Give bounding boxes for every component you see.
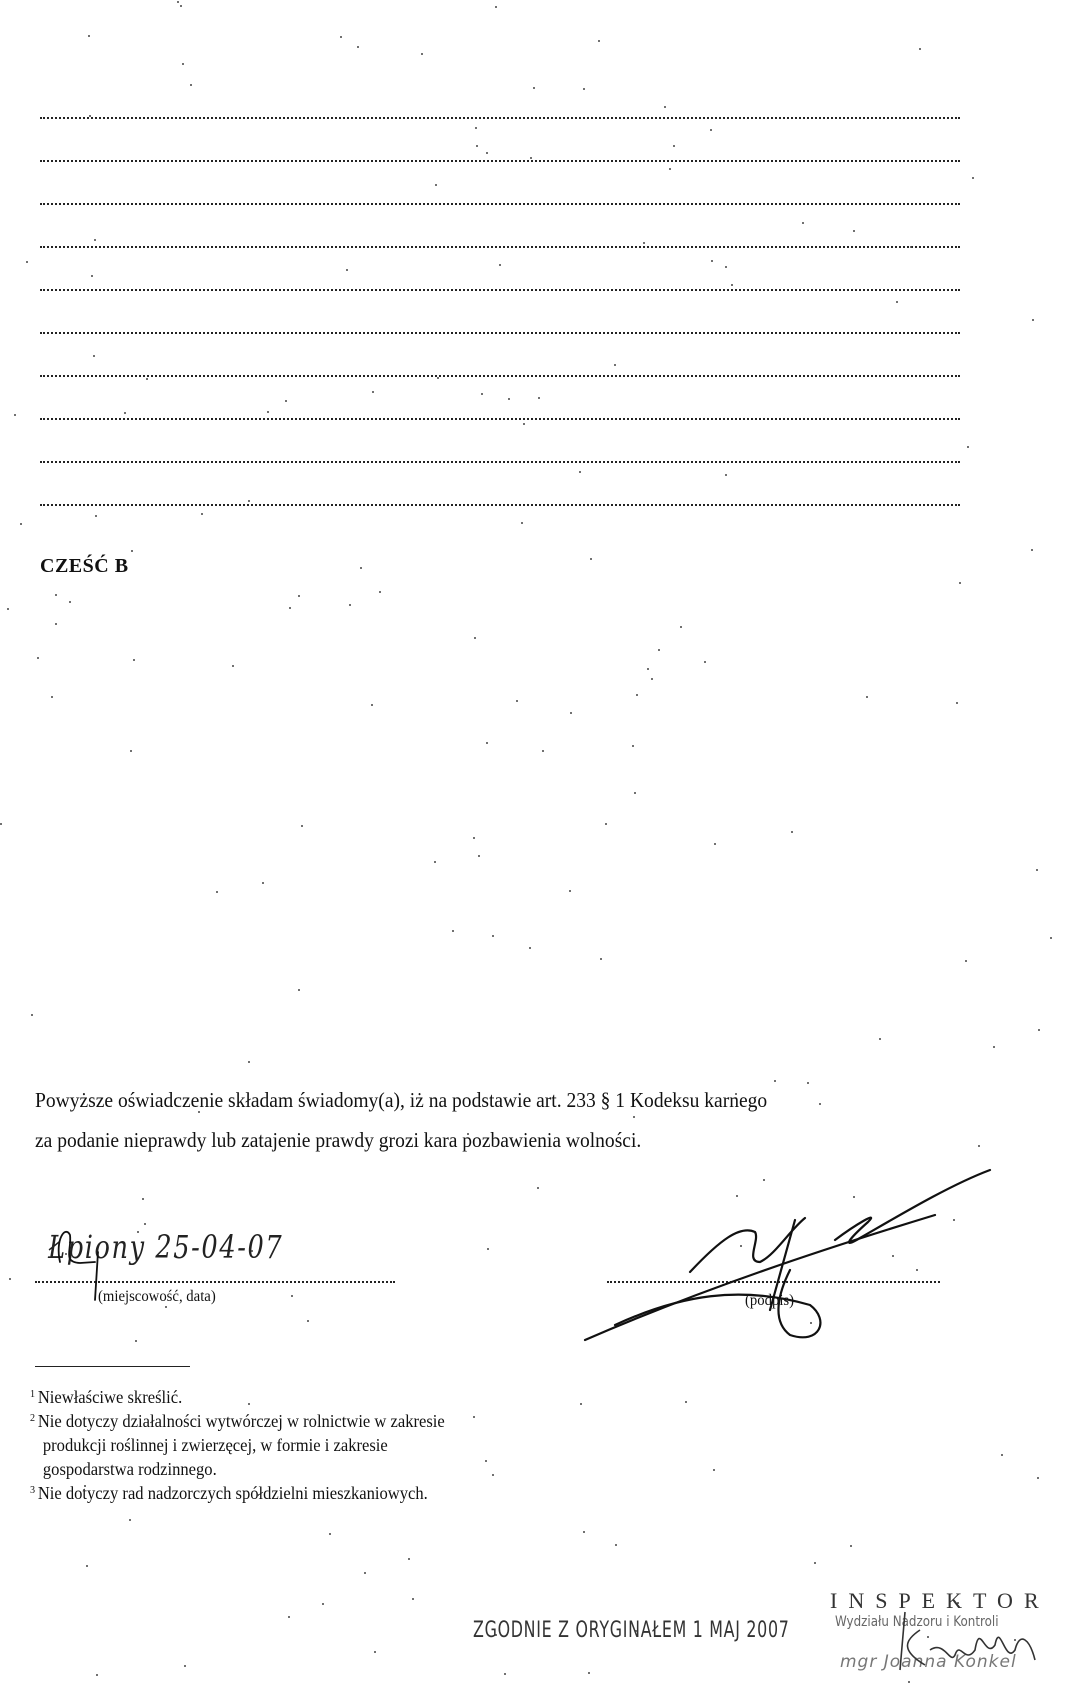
scan-speck (452, 930, 454, 932)
scan-speck (569, 890, 571, 892)
scan-speck (495, 6, 497, 8)
scan-speck (94, 239, 96, 241)
scan-speck (647, 668, 649, 670)
scan-speck (669, 168, 671, 170)
scan-speck (408, 1558, 410, 1560)
scan-speck (130, 750, 132, 752)
blank-answer-line (40, 504, 960, 506)
footnote-1: 1Niewłaściwe skreślić. (30, 1382, 182, 1409)
blank-answer-line (40, 375, 960, 377)
scan-speck (248, 1403, 250, 1405)
scan-speck (972, 177, 974, 179)
blank-answer-line (40, 117, 960, 119)
scan-speck (288, 1616, 290, 1618)
scan-speck (487, 1248, 489, 1250)
scan-speck (521, 522, 523, 524)
scan-speck (896, 301, 898, 303)
signature-caption: (podpis) (745, 1292, 794, 1310)
scan-speck (819, 1103, 821, 1105)
scan-speck (346, 269, 348, 271)
scan-speck (635, 1630, 637, 1632)
scan-speck (298, 989, 300, 991)
scan-speck (372, 391, 374, 393)
scan-speck (850, 1545, 852, 1547)
inspector-stamp-title: INSPEKTOR (830, 1588, 1050, 1614)
scan-speck (978, 1145, 980, 1147)
scan-speck (853, 1196, 855, 1198)
scan-speck (892, 1255, 894, 1257)
scan-speck (680, 626, 682, 628)
scan-speck (131, 550, 133, 552)
footnote-mark: 2 (30, 1412, 35, 1424)
scan-speck (37, 657, 39, 659)
scan-speck (180, 5, 182, 7)
scan-speck (301, 825, 303, 827)
scan-speck (285, 400, 287, 402)
blank-answer-line (40, 461, 960, 463)
scan-speck (583, 88, 585, 90)
scan-speck (371, 704, 373, 706)
scan-speck (810, 1322, 812, 1324)
scan-speck (495, 1634, 497, 1636)
scan-speck (201, 513, 203, 515)
scan-speck (740, 1245, 742, 1247)
scan-speck (713, 1469, 715, 1471)
scan-speck (374, 1651, 376, 1653)
scan-speck (251, 1250, 253, 1252)
scan-speck (714, 843, 716, 845)
scan-speck (437, 377, 439, 379)
scan-speck (357, 46, 359, 48)
scan-speck (600, 958, 602, 960)
scan-speck (736, 1195, 738, 1197)
scan-speck (1037, 1477, 1039, 1479)
scan-speck (481, 393, 483, 395)
inspector-stamp-department: Wydziału Nadzoru i Kontroli (835, 1614, 999, 1630)
scan-speck (137, 1231, 139, 1233)
scan-speck (412, 1598, 414, 1600)
scan-speck (1050, 937, 1052, 939)
scan-speck (1038, 1029, 1040, 1031)
footnote-2: 2Nie dotyczy działalności wytwórczej w r… (30, 1406, 445, 1481)
blank-answer-line (40, 332, 960, 334)
footnote-text: produkcji roślinnej i zwierzęcej, w form… (30, 1433, 445, 1457)
scan-speck (774, 1080, 776, 1082)
scan-speck (953, 1219, 955, 1221)
scan-speck (704, 661, 706, 663)
scan-speck (133, 659, 135, 661)
scan-speck (142, 1198, 144, 1200)
footnote-rule (35, 1366, 190, 1367)
scan-speck (96, 1674, 98, 1676)
scan-speck (257, 1494, 259, 1496)
scan-speck (84, 1485, 86, 1487)
place-date-caption: (miejscowość, data) (98, 1288, 216, 1306)
scan-speck (55, 623, 57, 625)
scan-speck (1036, 869, 1038, 871)
scan-speck (473, 837, 475, 839)
scan-speck (1014, 1639, 1016, 1641)
scan-speck (0, 823, 2, 825)
scan-speck (763, 1179, 765, 1181)
footnote-3: 3Nie dotyczy rad nadzorczych spółdzielni… (30, 1478, 428, 1505)
scan-speck (731, 284, 733, 286)
scan-speck (349, 604, 351, 606)
scan-speck (65, 1253, 67, 1255)
place-date-line (35, 1281, 395, 1283)
scan-speck (474, 637, 476, 639)
scan-speck (434, 861, 436, 863)
scan-speck (165, 1306, 167, 1308)
scan-speck (379, 591, 381, 593)
scan-speck (807, 1082, 809, 1084)
scan-speck (967, 446, 969, 448)
scan-speck (651, 678, 653, 680)
scan-speck (614, 364, 616, 366)
scan-speck (530, 157, 532, 159)
scan-speck (322, 1603, 324, 1605)
scan-speck (632, 745, 634, 747)
scan-speck (710, 129, 712, 131)
scan-speck (198, 1111, 200, 1113)
signature-line (607, 1281, 940, 1283)
scan-speck (216, 891, 218, 893)
blank-answer-line (40, 418, 960, 420)
blank-answer-line (40, 246, 960, 248)
scan-speck (340, 36, 342, 38)
section-heading: CZEŚĆ B (40, 555, 129, 578)
scan-speck (959, 582, 961, 584)
scan-speck (291, 1295, 293, 1297)
scan-speck (124, 412, 126, 414)
scan-speck (579, 471, 581, 473)
scan-speck (673, 145, 675, 147)
scan-speck (421, 53, 423, 55)
scan-speck (307, 1320, 309, 1322)
scan-speck (177, 1, 179, 3)
scan-speck (135, 1340, 137, 1342)
scan-speck (95, 515, 97, 517)
scan-speck (289, 607, 291, 609)
scan-speck (598, 40, 600, 42)
scan-speck (643, 242, 645, 244)
scan-speck (89, 115, 91, 117)
scan-speck (516, 700, 518, 702)
scan-speck (1001, 1454, 1003, 1456)
scan-speck (485, 1460, 487, 1462)
scan-speck (69, 601, 71, 603)
scan-speck (184, 1665, 186, 1667)
scan-speck (129, 1519, 131, 1521)
scan-speck (633, 1116, 635, 1118)
scan-speck (802, 222, 804, 224)
scan-speck (248, 500, 250, 502)
statement-line-1: Powyższe oświadczenie składam świadomy(a… (35, 1088, 767, 1113)
scan-speck (499, 264, 501, 266)
scan-speck (919, 48, 921, 50)
scan-speck (486, 152, 488, 154)
scan-speck (248, 1061, 250, 1063)
scan-speck (20, 523, 22, 525)
scan-speck (492, 1474, 494, 1476)
scan-speck (583, 1531, 585, 1533)
scan-speck (267, 411, 269, 413)
scan-speck (590, 558, 592, 560)
scan-speck (83, 1489, 85, 1491)
scan-speck (957, 1602, 959, 1604)
scan-speck (7, 608, 9, 610)
scan-speck (916, 1269, 918, 1271)
scan-speck (853, 230, 855, 232)
scan-speck (725, 266, 727, 268)
scan-speck (570, 712, 572, 714)
scan-speck (364, 1572, 366, 1574)
scan-speck (664, 106, 666, 108)
scan-speck (31, 1014, 33, 1016)
scan-speck (542, 750, 544, 752)
scan-speck (182, 63, 184, 65)
scan-speck (475, 127, 477, 129)
scan-speck (993, 1046, 995, 1048)
scan-speck (533, 87, 535, 89)
scan-speck (538, 397, 540, 399)
scan-speck (190, 84, 192, 86)
footnote-mark: 1 (30, 1388, 35, 1400)
scan-speck (685, 1401, 687, 1403)
footnote-text: Niewłaściwe skreślić. (38, 1387, 182, 1407)
scan-speck (478, 855, 480, 857)
scan-speck (476, 145, 478, 147)
scan-speck (492, 935, 494, 937)
scan-speck (965, 960, 967, 962)
footnote-text: Nie dotyczy działalności wytwórczej w ro… (38, 1411, 445, 1431)
scan-speck (658, 649, 660, 651)
footnote-mark: 3 (30, 1484, 35, 1496)
scan-speck (866, 696, 868, 698)
scan-speck (93, 355, 95, 357)
inspector-stamp-name: mgr Joanna Konkel (840, 1652, 1017, 1672)
scan-speck (360, 567, 362, 569)
certification-stamp: ZGODNIE Z ORYGINAŁEM 1 MAJ 2007 (473, 1618, 790, 1643)
scan-speck (927, 1636, 929, 1638)
scan-speck (814, 1562, 816, 1564)
blank-answer-line (40, 289, 960, 291)
scan-speck (91, 275, 93, 277)
scan-speck (435, 184, 437, 186)
scan-speck (144, 1223, 146, 1225)
scan-speck (1032, 319, 1034, 321)
scan-speck (615, 1544, 617, 1546)
scan-speck (504, 1673, 506, 1675)
scan-speck (262, 882, 264, 884)
statement-line-2: za podanie nieprawdy lub zatajenie prawd… (35, 1128, 641, 1153)
scan-speck (879, 1038, 881, 1040)
scan-speck (486, 742, 488, 744)
scan-speck (467, 1133, 469, 1135)
scan-speck (14, 414, 16, 416)
scan-speck (9, 1278, 11, 1280)
scan-speck (523, 423, 525, 425)
scan-speck (908, 1681, 910, 1683)
scan-speck (529, 947, 531, 949)
scan-speck (55, 594, 57, 596)
scan-speck (636, 694, 638, 696)
scan-speck (791, 831, 793, 833)
scan-speck (51, 696, 53, 698)
scan-speck (605, 823, 607, 825)
scan-speck (88, 35, 90, 37)
blank-answer-line (40, 160, 960, 162)
scan-speck (329, 1533, 331, 1535)
scan-speck (86, 1565, 88, 1567)
scan-speck (1031, 549, 1033, 551)
scan-speck (508, 398, 510, 400)
scan-speck (634, 792, 636, 794)
scan-speck (956, 702, 958, 704)
handwritten-place-date: Łpiony 25-04-07 (48, 1228, 283, 1266)
scan-speck (735, 1093, 737, 1095)
scan-speck (580, 1403, 582, 1405)
scan-speck (473, 1416, 475, 1418)
scan-speck (588, 1672, 590, 1674)
scan-speck (298, 595, 300, 597)
footnote-text: Nie dotyczy rad nadzorczych spółdzielni … (38, 1483, 428, 1503)
scan-speck (232, 665, 234, 667)
blank-answer-line (40, 203, 960, 205)
scan-speck (910, 246, 912, 248)
scan-speck (146, 378, 148, 380)
scan-speck (711, 260, 713, 262)
scan-speck (26, 261, 28, 263)
scan-speck (537, 1187, 539, 1189)
scan-speck (725, 474, 727, 476)
